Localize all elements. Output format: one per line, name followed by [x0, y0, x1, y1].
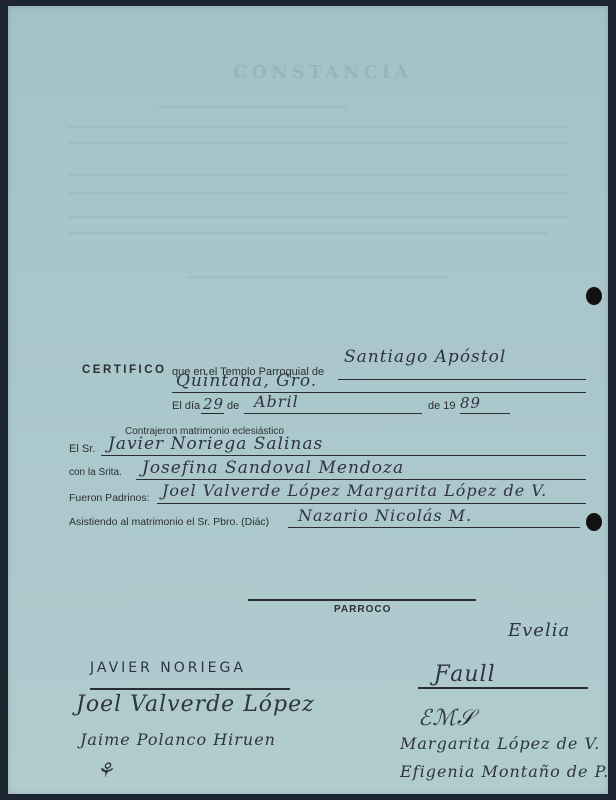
parroco-label: PARROCO: [334, 604, 391, 615]
ghost-line: [68, 142, 568, 144]
punch-hole: [586, 287, 602, 305]
parroco-signature-line: [248, 599, 476, 601]
signature-madrina: Margarita López de V.: [400, 734, 600, 753]
certifico-heading: CERTIFICO: [82, 364, 166, 376]
reverse-bleedthrough-title: CONSTANCIA: [233, 62, 412, 83]
dia-label: El día: [172, 400, 200, 412]
mes-line: [244, 413, 422, 414]
signature-scribble: ⚘: [96, 758, 115, 782]
padrinos-label: Fueron Padrinos:: [69, 492, 150, 504]
templo-line: [338, 379, 586, 380]
mes-label: de: [227, 400, 239, 412]
ghost-line: [158, 106, 348, 108]
srita-line: [136, 479, 586, 480]
ghost-line: [68, 232, 548, 234]
signature-witness: Jaime Polanco Hiruen: [80, 730, 276, 749]
sr-line: [101, 455, 586, 456]
ghost-line: [188, 276, 448, 278]
signature-scribble: ℰℳ𝒮: [418, 706, 475, 731]
templo-value: Santiago Apóstol: [344, 347, 506, 367]
ghost-line: [68, 174, 568, 176]
sr-value: Javier Noriega Salinas: [108, 434, 323, 454]
padrinos-line: [157, 503, 586, 504]
signature-scribble: Ƒaull: [434, 662, 496, 687]
ghost-line: [68, 126, 568, 128]
signature-groom-printed: JAVIER NORIEGA: [90, 660, 246, 676]
anio-label: de 19: [428, 400, 456, 412]
pbro-label: Asistiendo al matrimonio el Sr. Pbro. (D…: [69, 516, 269, 528]
signature-line: [90, 688, 290, 690]
punch-hole: [586, 513, 602, 531]
dia-value: 29: [203, 395, 224, 413]
signature-line: [418, 687, 588, 689]
ghost-line: [68, 216, 568, 218]
sr-label: El Sr.: [69, 443, 95, 455]
anio-line: [460, 413, 510, 414]
signature-padrino: Joel Valverde López: [76, 692, 315, 717]
padrinos-value: Joel Valverde López Margarita López de V…: [162, 481, 547, 500]
certificate-page: CONSTANCIA CERTIFICO que en el Templo Pa…: [8, 6, 608, 794]
anio-value: 89: [460, 394, 481, 412]
lugar-line: [172, 392, 586, 393]
dia-line: [201, 413, 224, 414]
srita-label: con la Srita.: [69, 467, 122, 478]
pbro-value: Nazario Nicolás M.: [298, 506, 472, 525]
signature-bride: Evelia: [508, 620, 570, 641]
ghost-line: [68, 192, 568, 194]
srita-value: Josefina Sandoval Mendoza: [142, 458, 404, 478]
mes-value: Abril: [254, 392, 299, 411]
signature-witness-2: Efigenia Montaño de P.: [400, 762, 609, 781]
pbro-line: [288, 527, 580, 528]
lugar-value: Quintana, Gro.: [176, 371, 317, 391]
